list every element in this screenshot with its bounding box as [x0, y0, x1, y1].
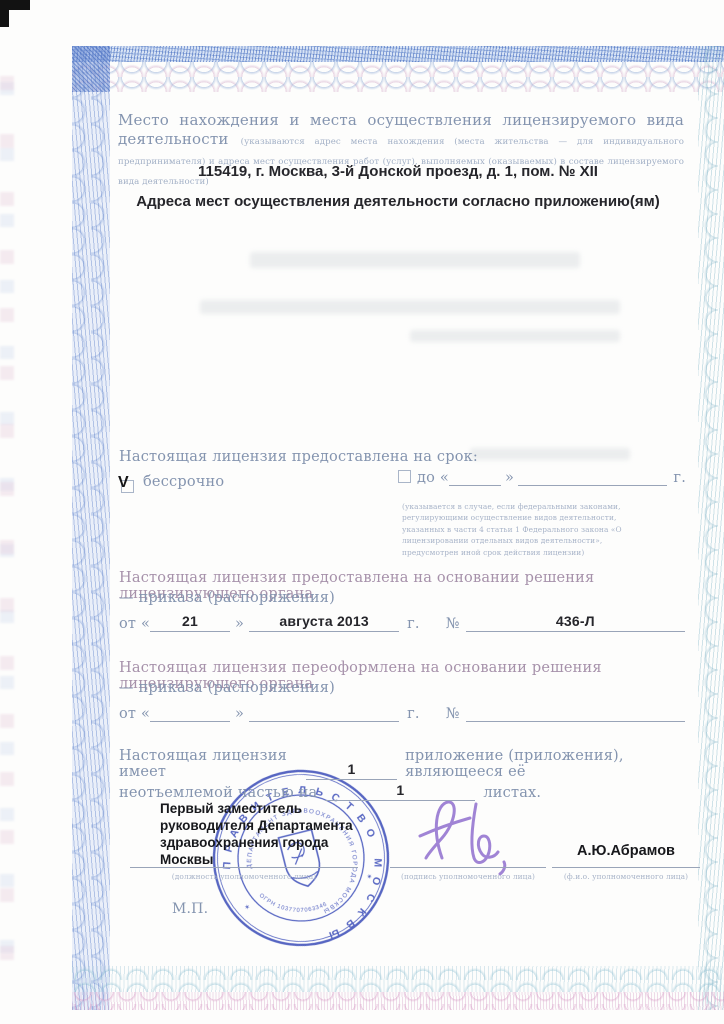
granted-day-blank: 21 [150, 614, 230, 632]
activity-addresses-note: Адреса мест осуществления деятельности с… [118, 193, 678, 210]
granted-quote: » [235, 616, 244, 632]
annex-sheets-blank: 1 [325, 783, 475, 801]
reissued-line2: — приказа (распоряжения) [119, 680, 685, 696]
until-prefix: до « [417, 470, 449, 486]
annex-row2: неотъемлемой частью на 1 листах. [119, 783, 549, 801]
annex-prefix2: неотъемлемой частью на [119, 785, 317, 801]
until-year-suffix: г. [673, 470, 686, 486]
svg-text:✶: ✶ [243, 903, 251, 912]
until-monthyear-blank [518, 485, 667, 486]
name-signature-line [552, 866, 700, 868]
perpetual-label: бессрочно [143, 474, 224, 490]
granted-line2: — приказа (распоряжения) [119, 590, 685, 606]
scanner-corner-mark [0, 0, 9, 27]
bleedthrough-ghost [250, 252, 580, 268]
bleedthrough-ghost [470, 448, 630, 460]
guilloche-border-top [72, 46, 724, 62]
term-footnote: (указывается в случае, если федеральными… [402, 501, 660, 558]
granted-from-prefix: от « [119, 616, 150, 632]
signatory-position: Первый заместитель руководителя Департам… [160, 800, 370, 868]
granted-number-sign: № [446, 616, 460, 632]
autograph-signature-line [390, 866, 546, 868]
annex-count: 1 [348, 761, 356, 777]
seal-place-mark: М.П. [172, 901, 208, 917]
scan-edge-streaks [0, 60, 14, 960]
term-label: Настоящая лицензия предоставлена на срок… [119, 449, 478, 465]
granted-date-row: от « 21 » августа 2013 г. № 436-Л [119, 614, 685, 632]
svg-text:ОГРН 1037707063346: ОГРН 1037707063346 [257, 878, 329, 925]
annex-suffix2: листах. [483, 785, 541, 801]
granted-month-year: августа 2013 [279, 613, 369, 629]
annex-row1: Настоящая лицензия имеет 1 приложение (п… [119, 748, 685, 780]
granted-day: 21 [182, 613, 198, 629]
reissued-quote: » [235, 706, 244, 722]
until-day-blank [449, 485, 501, 486]
position-signature-line [130, 866, 358, 868]
granted-year-suffix: г. [407, 616, 420, 632]
guilloche-border-top-band2 [72, 62, 724, 92]
guilloche-border-bottom-band2 [72, 992, 724, 1010]
guilloche-border-right [698, 46, 724, 1010]
guilloche-border-left [72, 46, 110, 1010]
reissued-from-prefix: от « [119, 706, 150, 722]
bleedthrough-ghost [200, 300, 620, 314]
until-quote: » [505, 470, 514, 486]
bleedthrough-ghost [410, 330, 620, 342]
license-address: 115419, г. Москва, 3-й Донской проезд, д… [118, 163, 678, 180]
guilloche-border-corner [72, 46, 110, 92]
reissued-year-suffix: г. [407, 706, 420, 722]
scanned-license-back-page: Место нахождения и места осуществления л… [0, 0, 724, 1024]
perpetual-checkmark: V [118, 475, 129, 491]
reissued-number-sign: № [446, 706, 460, 722]
granted-number-blank: 436-Л [466, 614, 685, 632]
guilloche-border-bottom [72, 966, 724, 992]
annex-suffix1: приложение (приложения), являющееся её [405, 748, 685, 780]
signatory-name: А.Ю.Абрамов [552, 843, 700, 859]
position-line: руководителя Департамента [160, 817, 370, 834]
annex-sheets: 1 [396, 782, 404, 798]
until-checkbox [398, 470, 411, 483]
annex-count-blank: 1 [306, 762, 397, 780]
reissued-date-row: от « » г. № [119, 706, 685, 722]
reissued-month-blank [249, 721, 399, 722]
position-line: здравоохранения города [160, 834, 370, 851]
stamp-ogrn-text: ОГРН 1037707063346 [257, 878, 329, 925]
reissued-day-blank [150, 721, 230, 722]
name-caption: (ф.и.о. уполномоченного лица) [552, 872, 700, 881]
sign-caption: (подпись уполномоченного лица) [390, 872, 546, 881]
until-date-row: до « » г. [398, 470, 686, 486]
granted-number: 436-Л [556, 613, 595, 629]
annex-prefix1: Настоящая лицензия имеет [119, 748, 298, 780]
position-caption: (должность уполномоченного лица) [130, 872, 358, 881]
position-line: Первый заместитель [160, 800, 370, 817]
granted-month-blank: августа 2013 [249, 614, 399, 632]
reissued-number-blank [466, 721, 685, 722]
